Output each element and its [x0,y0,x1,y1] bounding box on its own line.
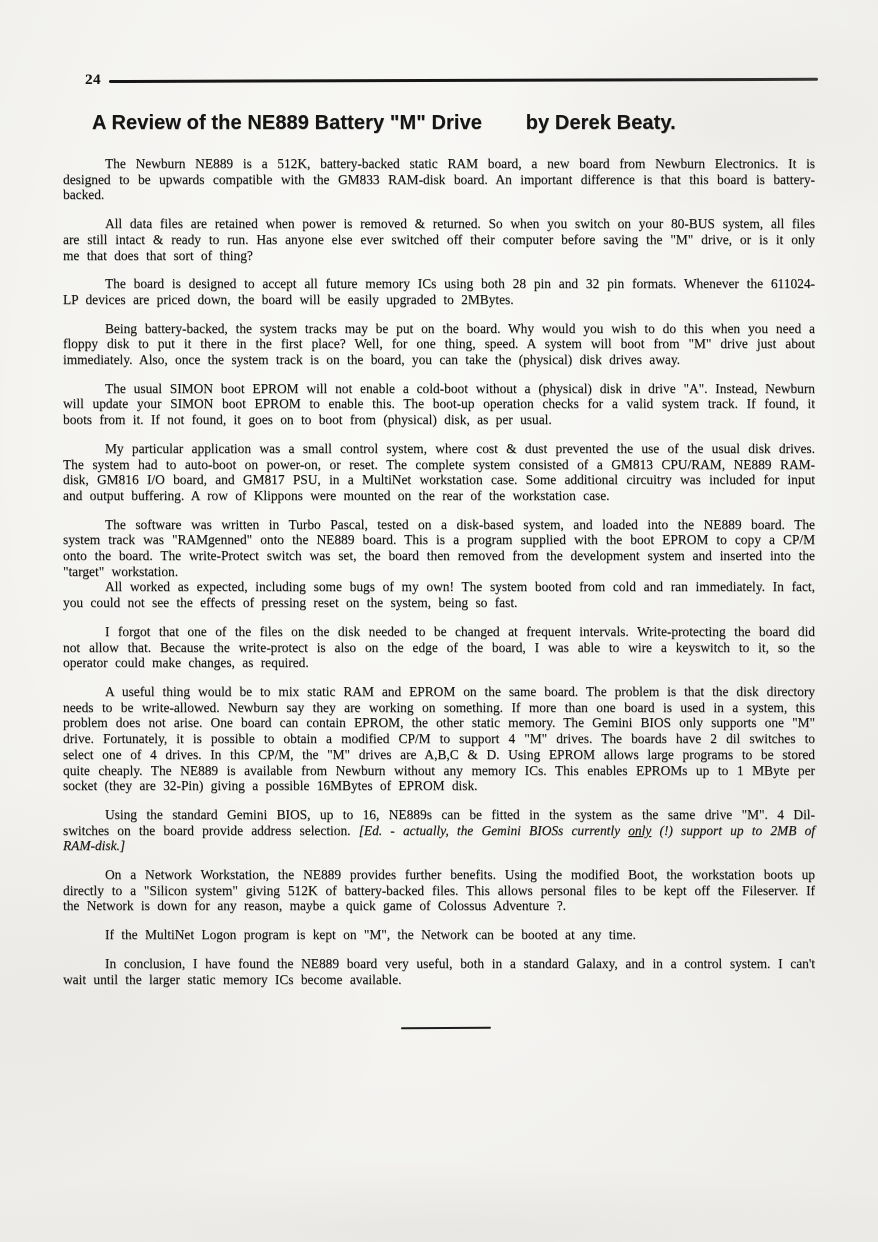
paragraph: The software was written in Turbo Pascal… [63,517,815,580]
editor-note-underlined-word: only [628,823,651,838]
editor-note-text: [Ed. - actually, the Gemini BIOSs curren… [359,823,629,838]
header-rule [109,78,818,83]
paragraph: The board is designed to accept all futu… [63,276,815,307]
paragraph: The Newburn NE889 is a 512K, battery-bac… [63,156,815,203]
article-byline: by Derek Beaty. [526,112,676,134]
paragraph: All data files are retained when power i… [63,216,815,263]
paragraph: I forgot that one of the files on the di… [63,624,815,671]
paragraph: If the MultiNet Logon program is kept on… [63,927,815,943]
paragraph-with-editor-note: Using the standard Gemini BIOS, up to 16… [63,807,815,854]
paragraph: All worked as expected, including some b… [63,579,815,610]
paragraph: On a Network Workstation, the NE889 prov… [63,867,815,914]
paragraph: My particular application was a small co… [63,441,815,504]
paragraph: Being battery-backed, the system tracks … [63,321,815,368]
page-number: 24 [85,72,101,89]
article-body: The Newburn NE889 is a 512K, battery-bac… [63,156,815,987]
page-header: 24 [85,0,818,89]
article-title: A Review of the NE889 Battery "M" Drive … [92,112,816,135]
paragraph: The usual SIMON boot EPROM will not enab… [63,381,815,428]
paragraph: In conclusion, I have found the NE889 bo… [63,956,815,987]
end-divider-rule [401,1027,491,1030]
document-page: 24 A Review of the NE889 Battery "M" Dri… [0,0,878,1242]
paragraph: A useful thing would be to mix static RA… [63,684,815,794]
article-title-text: A Review of the NE889 Battery "M" Drive [92,112,482,134]
